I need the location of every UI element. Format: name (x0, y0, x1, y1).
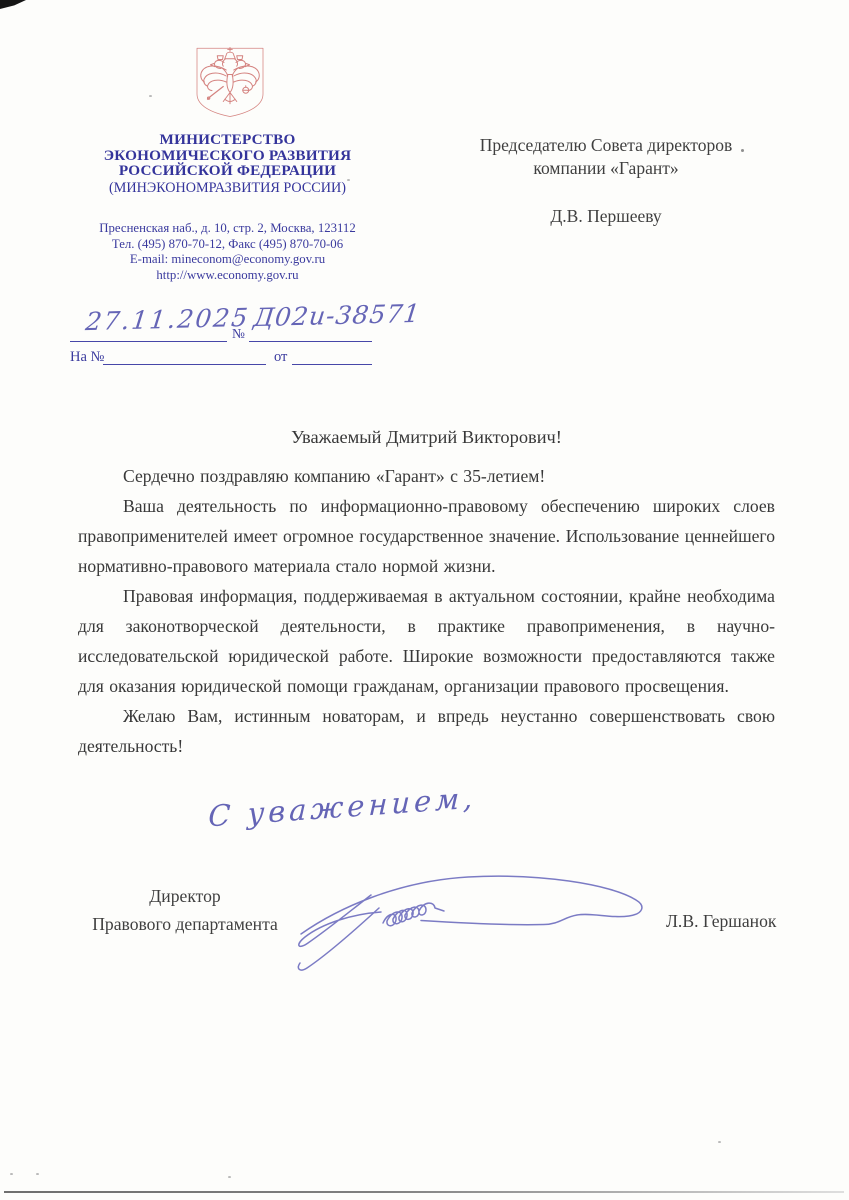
recipient-company: компании «Гарант» (450, 157, 762, 180)
paragraph: Ваша деятельность по информационно-право… (78, 491, 775, 581)
handwritten-date: 27.11.2025 (84, 303, 251, 336)
paragraph: Сердечно поздравляю компанию «Гарант» с … (78, 461, 775, 491)
russia-coat-of-arms-icon (192, 46, 268, 118)
email-line: E-mail: mineconom@economy.gov.ru (70, 252, 385, 268)
recipient-position: Председателю Совета директоров (450, 134, 762, 157)
website-line: http://www.economy.gov.ru (70, 268, 385, 284)
scan-edge-line (4, 1191, 844, 1193)
reply-from-label: от (274, 349, 287, 366)
paragraph: Желаю Вам, истинным новаторам, и впредь … (78, 701, 775, 761)
signer-title-line: Директор (76, 882, 294, 910)
scan-speck (10, 1173, 13, 1175)
signer-title-line: Правового департамента (76, 910, 294, 938)
ministry-name-block: МИНИСТЕРСТВО ЭКОНОМИЧЕСКОГО РАЗВИТИЯ РОС… (70, 132, 385, 196)
handwritten-number: Д02и-38571 (252, 299, 422, 332)
scan-speck (149, 95, 152, 97)
ministry-contacts-block: Пресненская наб., д. 10, стр. 2, Москва,… (70, 221, 385, 283)
reply-date-underline (292, 364, 372, 365)
ministry-name-line: РОССИЙСКОЙ ФЕДЕРАЦИИ (70, 163, 385, 179)
reply-number-underline (103, 364, 266, 365)
number-underline (249, 341, 372, 342)
ministry-short-name: (МИНЭКОНОМРАЗВИТИЯ РОССИИ) (70, 180, 385, 196)
number-sign-label: № (232, 326, 245, 342)
phone-fax-line: Тел. (495) 870-70-12, Факс (495) 870-70-… (70, 237, 385, 253)
date-underline (70, 341, 227, 342)
letter-body: Уважаемый Дмитрий Викторович! Сердечно п… (78, 426, 775, 761)
handwritten-closing: С уважением, (208, 781, 477, 834)
scan-corner-artifact (0, 0, 26, 9)
scan-speck (718, 1141, 721, 1143)
recipient-block: Председателю Совета директоров компании … (450, 134, 762, 228)
scan-speck (228, 1176, 231, 1178)
reply-to-label: На № (70, 349, 104, 366)
paragraph: Правовая информация, поддерживаемая в ак… (78, 581, 775, 701)
salutation: Уважаемый Дмитрий Викторович! (78, 426, 775, 448)
address-line: Пресненская наб., д. 10, стр. 2, Москва,… (70, 221, 385, 237)
ministry-name-line: ЭКОНОМИЧЕСКОГО РАЗВИТИЯ (70, 148, 385, 164)
signer-title: Директор Правового департамента (76, 882, 294, 938)
scan-speck (36, 1173, 39, 1175)
scanned-letter-page: МИНИСТЕРСТВО ЭКОНОМИЧЕСКОГО РАЗВИТИЯ РОС… (0, 0, 849, 1200)
reference-block: 27.11.2025 Д02и-38571 № На № от (70, 299, 390, 377)
signer-name: Л.В. Гершанок (666, 911, 776, 932)
recipient-name: Д.В. Першееву (450, 205, 762, 228)
ministry-name-line: МИНИСТЕРСТВО (70, 132, 385, 148)
handwritten-signature (283, 868, 655, 974)
